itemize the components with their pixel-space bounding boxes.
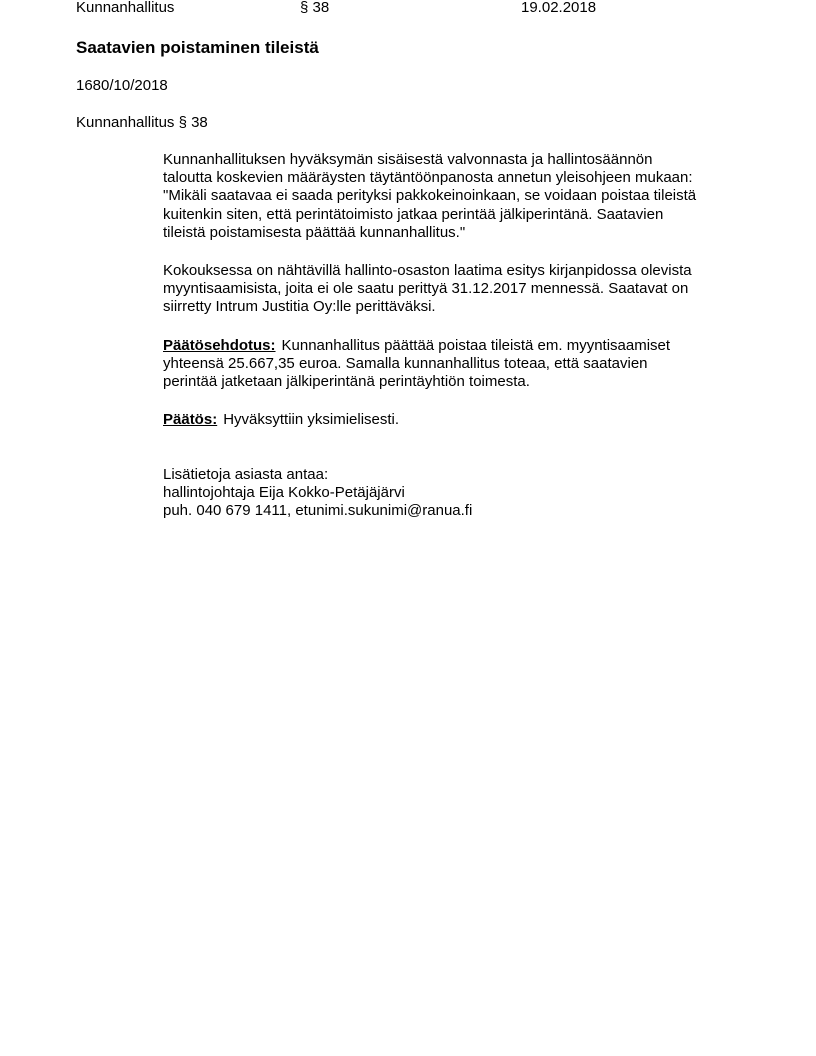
contact-info: Lisätietoja asiasta antaa: hallintojohta… bbox=[163, 466, 753, 521]
contact-intro: Lisätietoja asiasta antaa: bbox=[163, 466, 753, 484]
document-title: Saatavien poistaminen tileistä bbox=[76, 38, 319, 58]
decision-line: Päätös:Hyväksyttiin yksimielisesti. bbox=[163, 411, 753, 429]
section-reference: Kunnanhallitus § 38 bbox=[76, 114, 208, 132]
paragraph-line: Kunnanhallituksen hyväksymän sisäisestä … bbox=[163, 151, 753, 169]
paragraph-line: taloutta koskevien määräysten täytäntöön… bbox=[163, 169, 753, 187]
header-organization: Kunnanhallitus bbox=[76, 0, 174, 17]
proposal-first-line: Päätösehdotus:Kunnanhallitus päättää poi… bbox=[163, 337, 753, 355]
paragraph-line: tileistä poistamisesta päättää kunnanhal… bbox=[163, 224, 753, 242]
header-section: § 38 bbox=[300, 0, 329, 17]
paragraph-line: Kokouksessa on nähtävillä hallinto-osast… bbox=[163, 262, 753, 280]
document-number: 1680/10/2018 bbox=[76, 77, 168, 95]
paragraph-line: perintää jatketaan jälkiperintänä perint… bbox=[163, 373, 753, 391]
meeting-paragraph: Kokouksessa on nähtävillä hallinto-osast… bbox=[163, 262, 753, 317]
contact-details: puh. 040 679 1411, etunimi.sukunimi@ranu… bbox=[163, 502, 753, 520]
proposal-label: Päätösehdotus: bbox=[163, 337, 276, 354]
paragraph-line: "Mikäli saatavaa ei saada perityksi pakk… bbox=[163, 187, 753, 205]
header-date: 19.02.2018 bbox=[521, 0, 596, 17]
contact-person: hallintojohtaja Eija Kokko-Petäjäjärvi bbox=[163, 484, 753, 502]
paragraph-line: yhteensä 25.667,35 euroa. Samalla kunnan… bbox=[163, 355, 753, 373]
proposal-text: Kunnanhallitus päättää poistaa tileistä … bbox=[282, 337, 671, 354]
decision-paragraph: Päätös:Hyväksyttiin yksimielisesti. bbox=[163, 411, 753, 429]
paragraph-line: siirretty Intrum Justitia Oy:lle perittä… bbox=[163, 298, 753, 316]
proposal-paragraph: Päätösehdotus:Kunnanhallitus päättää poi… bbox=[163, 337, 753, 392]
paragraph-line: kuitenkin siten, että perintätoimisto ja… bbox=[163, 206, 753, 224]
decision-label: Päätös: bbox=[163, 411, 217, 428]
decision-text: Hyväksyttiin yksimielisesti. bbox=[223, 411, 399, 428]
background-paragraph: Kunnanhallituksen hyväksymän sisäisestä … bbox=[163, 151, 753, 242]
paragraph-line: myyntisaamisista, joita ei ole saatu per… bbox=[163, 280, 753, 298]
